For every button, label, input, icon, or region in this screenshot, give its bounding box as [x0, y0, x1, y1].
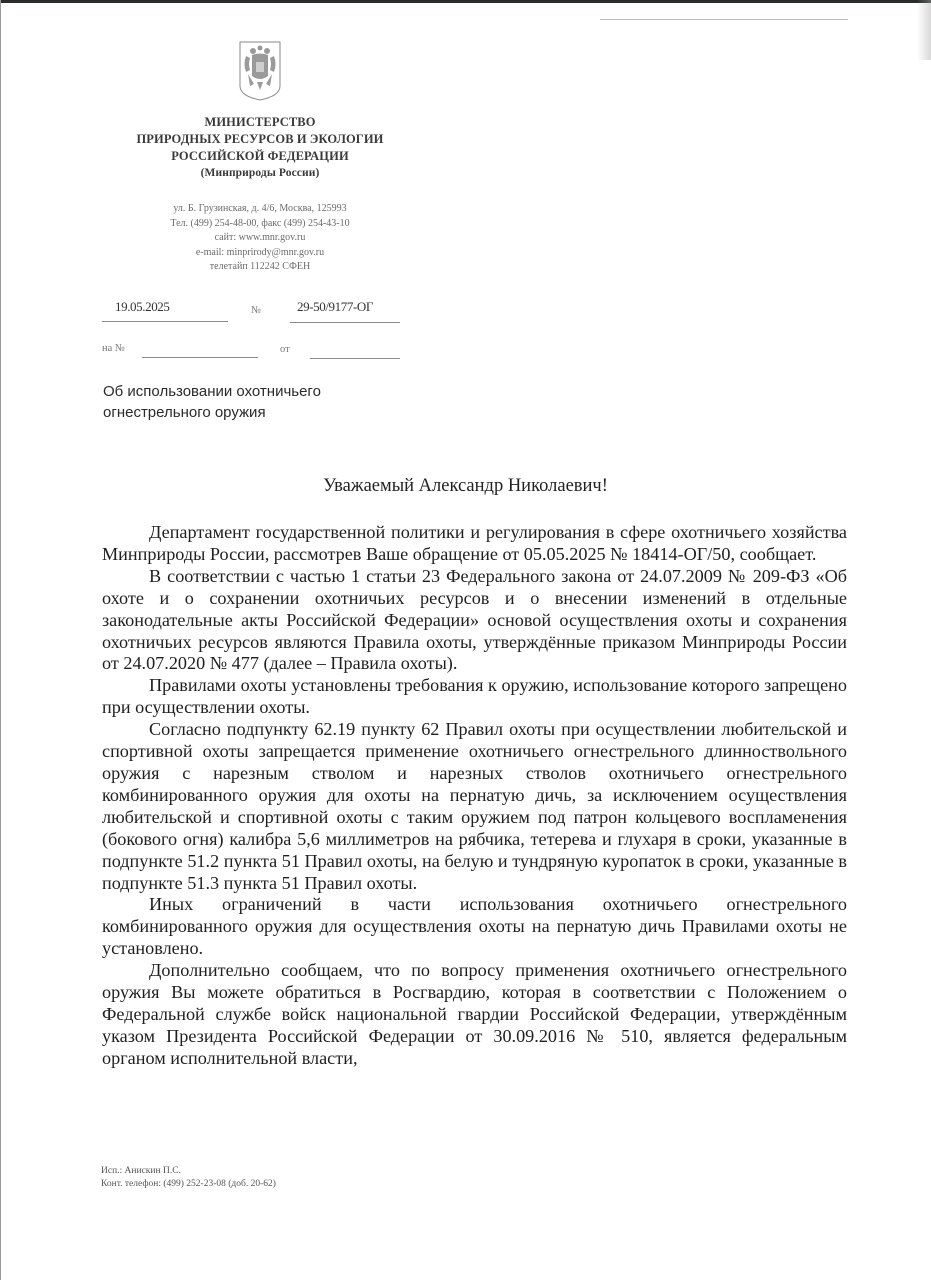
contacts-block: ул. Б. Грузинская, д. 4/6, Москва, 12599… — [100, 202, 420, 275]
organization-name: МИНИСТЕРСТВО ПРИРОДНЫХ РЕСУРСОВ И ЭКОЛОГ… — [100, 114, 420, 182]
paragraph: Согласно подпункту 62.19 пункту 62 Прави… — [102, 719, 847, 894]
letter-subject: Об использовании охотничьего огнестрельн… — [103, 381, 321, 423]
address: ул. Б. Грузинская, д. 4/6, Москва, 12599… — [100, 202, 420, 217]
date-underline — [102, 321, 228, 322]
ref-date-label: от — [280, 344, 290, 355]
teletype: телетайп 112242 СФЕН — [100, 260, 420, 275]
salutation: Уважаемый Александр Николаевич! — [0, 476, 931, 497]
org-line: МИНИСТЕРСТВО — [100, 114, 420, 131]
org-line: РОССИЙСКОЙ ФЕДЕРАЦИИ — [100, 148, 420, 165]
paragraph: Правилами охоты установлены требования к… — [102, 675, 847, 719]
scan-right-shadow — [917, 0, 931, 60]
letterhead: МИНИСТЕРСТВО ПРИРОДНЫХ РЕСУРСОВ И ЭКОЛОГ… — [100, 40, 420, 275]
executor-phone: Конт. телефон: (499) 252-23-08 (доб. 20-… — [101, 1178, 276, 1191]
letter-body: Департамент государственной политики и р… — [102, 522, 847, 1070]
ref-number-label: на № — [102, 343, 125, 354]
scan-left-edge — [0, 0, 1, 1280]
website: сайт: www.mnr.gov.ru — [100, 231, 420, 246]
ref-number-underline — [142, 357, 258, 358]
scan-artifact-line — [600, 19, 848, 20]
org-short-name: (Минприроды России) — [100, 165, 420, 182]
number-label: № — [251, 305, 261, 316]
ref-date-underline — [310, 358, 400, 359]
outgoing-number: 29-50/9177-ОГ — [297, 299, 373, 315]
paragraph: Департамент государственной политики и р… — [102, 522, 847, 566]
executor-name: Исп.: Анискин П.С. — [101, 1165, 276, 1178]
subject-line: огнестрельного оружия — [103, 402, 321, 423]
scan-top-edge — [0, 0, 931, 3]
org-line: ПРИРОДНЫХ РЕСУРСОВ И ЭКОЛОГИИ — [100, 131, 420, 148]
outgoing-date: 19.05.2025 — [115, 299, 170, 315]
subject-line: Об использовании охотничьего — [103, 381, 321, 402]
paragraph: Иных ограничений в части использования о… — [102, 894, 847, 960]
paragraph: Дополнительно сообщаем, что по вопросу п… — [102, 960, 847, 1070]
number-underline — [290, 322, 400, 323]
email: e-mail: minprirody@mnr.gov.ru — [100, 246, 420, 261]
phone-fax: Тел. (499) 254-48-00, факс (499) 254-43-… — [100, 217, 420, 232]
coat-of-arms-icon — [238, 40, 282, 102]
paragraph: В соответствии с частью 1 статьи 23 Феде… — [102, 566, 847, 676]
executor-info: Исп.: Анискин П.С. Конт. телефон: (499) … — [101, 1165, 276, 1191]
